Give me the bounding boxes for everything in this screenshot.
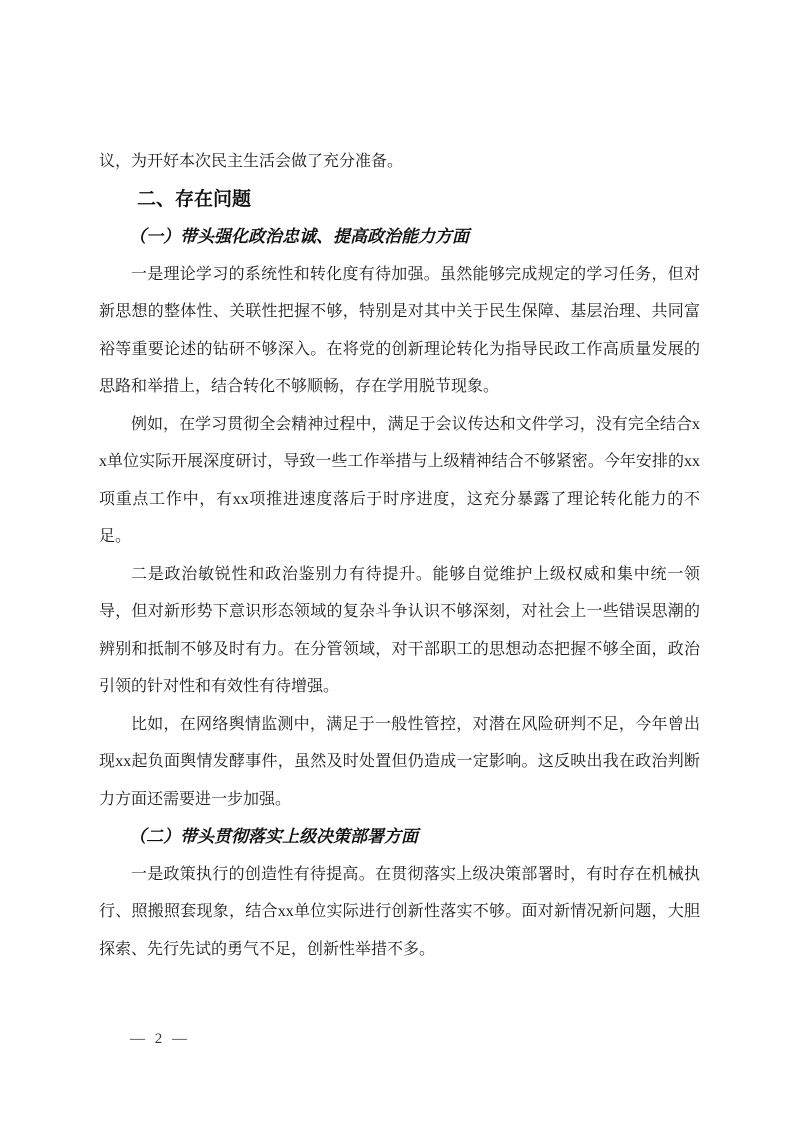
subsection-heading-2: （二）带头贯彻落实上级决策部署方面	[99, 818, 700, 856]
body-paragraph: 一是理论学习的系统性和转化度有待加强。虽然能够完成规定的学习任务，但对新思想的整…	[99, 256, 700, 406]
document-body: 议，为开好本次民主生活会做了充分准备。 二、存在问题 （一）带头强化政治忠诚、提…	[99, 143, 700, 968]
body-paragraph: 二是政治敏锐性和政治鉴别力有待提升。能够自觉维护上级权威和集中统一领导，但对新形…	[99, 556, 700, 706]
document-page: 议，为开好本次民主生活会做了充分准备。 二、存在问题 （一）带头强化政治忠诚、提…	[0, 0, 793, 1122]
subsection-heading-1: （一）带头强化政治忠诚、提高政治能力方面	[99, 218, 700, 256]
page-number: — 2 —	[130, 1029, 190, 1049]
continued-paragraph-line: 议，为开好本次民主生活会做了充分准备。	[99, 143, 700, 181]
section-heading-existing-problems: 二、存在问题	[99, 181, 700, 219]
body-paragraph: 比如，在网络舆情监测中，满足于一般性管控，对潜在风险研判不足，今年曾出现xx起负…	[99, 706, 700, 819]
body-paragraph: 一是政策执行的创造性有待提高。在贯彻落实上级决策部署时，有时存在机械执行、照搬照…	[99, 856, 700, 969]
body-paragraph: 例如，在学习贯彻全会精神过程中，满足于会议传达和文件学习，没有完全结合xx单位实…	[99, 406, 700, 556]
